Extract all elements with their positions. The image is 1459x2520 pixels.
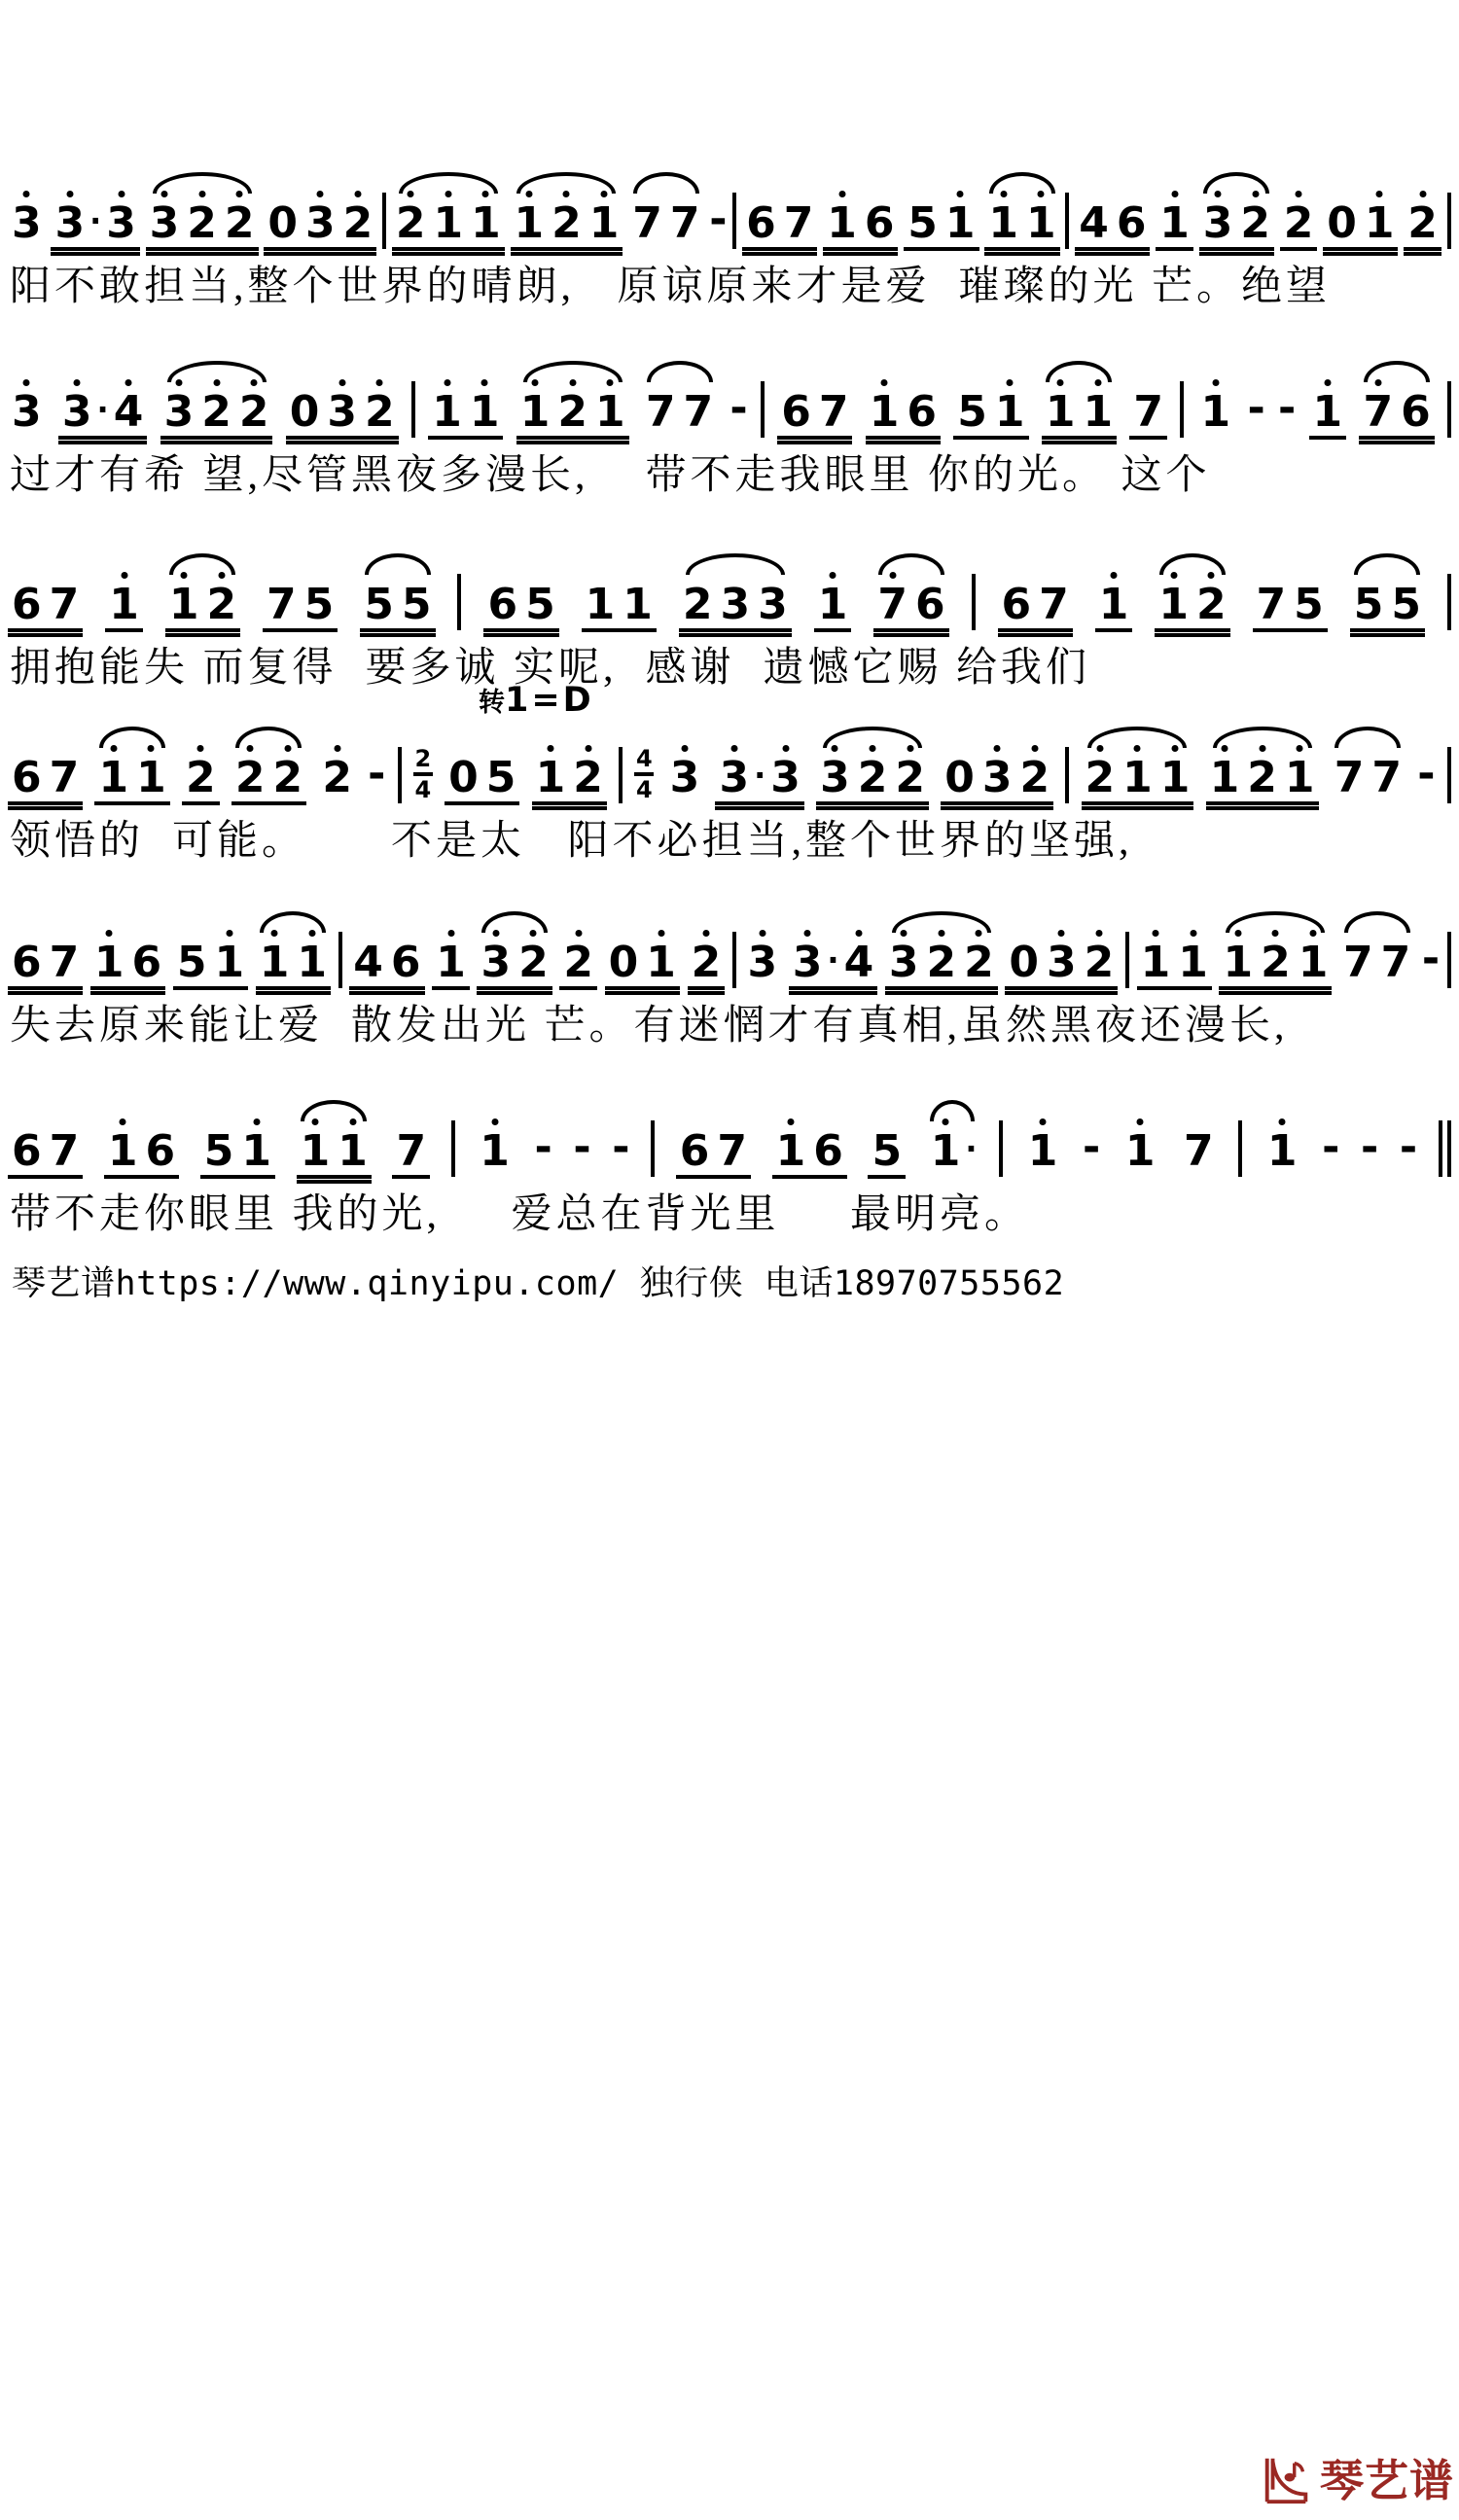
octave-dot — [1137, 1118, 1144, 1125]
note-char: 2 — [548, 202, 586, 245]
note-group: 51 — [953, 391, 1028, 440]
note-group: 121 — [1206, 757, 1319, 805]
note-group: 12 — [1155, 584, 1229, 632]
note-group: 3·4 — [58, 391, 147, 440]
note-group: 51 — [904, 202, 979, 251]
slur-tie-arc — [481, 911, 548, 933]
note-char: 1 — [532, 757, 570, 799]
note-group: 7 — [392, 1130, 430, 1179]
octave-dot — [601, 191, 608, 197]
note-group: 67 — [8, 1130, 83, 1179]
note-char: 2 — [559, 941, 597, 984]
note-group: 3·3 — [715, 757, 803, 805]
note-group: 1 — [1095, 584, 1133, 632]
octave-dot — [491, 1118, 498, 1125]
octave-dot — [213, 379, 220, 386]
note-char: 7 — [46, 1130, 84, 1173]
octave-dot — [907, 745, 913, 752]
slur-tie-arc — [1046, 361, 1112, 382]
note-char: 1 — [165, 584, 203, 626]
note-group: 2 — [318, 757, 356, 805]
note-char: 1 — [105, 584, 143, 626]
note-char: 1 — [1309, 391, 1347, 434]
note-char: 7 — [1129, 391, 1167, 434]
note-char: 2 — [231, 757, 269, 799]
slur-tie-arc — [1354, 553, 1420, 575]
note-char: 1 — [984, 202, 1022, 245]
octave-dot — [23, 379, 30, 386]
barline — [1447, 747, 1451, 803]
note-char: 6 — [676, 1130, 714, 1173]
octave-dot — [838, 191, 845, 197]
note-group: 67 — [676, 1130, 751, 1179]
note-group: 67 — [8, 941, 83, 990]
note-char: 6 — [1397, 391, 1435, 434]
note-char: 7 — [780, 202, 818, 245]
barline — [1180, 381, 1184, 438]
note-group: 51 — [173, 941, 248, 990]
lyrics-row: 过才有希 望,尽管黑夜多漫长, 带不走我眼里 你的光。 这个 — [0, 453, 1459, 498]
note-char: 3 — [102, 202, 140, 245]
final-barline — [1439, 1120, 1451, 1177]
note-char: 1 — [1295, 941, 1333, 984]
note-group: 01 — [1323, 202, 1398, 251]
note-char: 7 — [628, 202, 666, 245]
note-char: 7 — [815, 391, 853, 434]
note-group: 322 — [146, 202, 259, 251]
note-char: 2 — [1280, 202, 1318, 245]
qinyipu-logo: 琴艺谱 — [1259, 2451, 1454, 2509]
note-group: 75 — [1253, 584, 1328, 632]
note-char: 7 — [1377, 941, 1415, 984]
slur-tie-arc — [169, 553, 235, 575]
notes-row: 6716511171---671651·1-171--- — [0, 1085, 1459, 1179]
note-char: 1 — [293, 941, 331, 984]
octave-dot — [976, 930, 982, 937]
octave-dot — [66, 191, 73, 197]
octave-dot — [376, 379, 383, 386]
note-group: 032 — [941, 757, 1053, 805]
note-group: 3 — [666, 757, 704, 805]
note-char: 3 — [323, 391, 361, 434]
octave-dot — [175, 379, 182, 386]
note-char: 5 — [173, 941, 211, 984]
note-char: 2 — [318, 757, 356, 799]
note-char: 5 — [1387, 584, 1425, 626]
note-char: 2 — [221, 202, 259, 245]
octave-dot — [1172, 745, 1179, 752]
note-char: 1 — [516, 391, 554, 434]
note-group: 11 — [1042, 391, 1117, 440]
note-char: 2 — [515, 941, 552, 984]
note-char: 6 — [8, 584, 46, 626]
octave-dot — [1259, 745, 1265, 752]
note-char: 2 — [1257, 941, 1295, 984]
slur-tie-arc — [260, 911, 326, 933]
note-char: 7 — [1331, 757, 1369, 799]
note-char: 1 — [1361, 202, 1399, 245]
note-char: 2 — [197, 391, 235, 434]
note-char: 5 — [360, 584, 398, 626]
note-group: 1 — [105, 584, 143, 632]
octave-dot — [855, 930, 862, 937]
sheet-music-page: { "page": {"background": "#ffffff", "ink… — [0, 0, 1459, 2520]
barline — [1447, 381, 1451, 438]
octave-dot — [1038, 191, 1045, 197]
note-char: 3 — [717, 584, 755, 626]
note-char: 1 — [104, 1130, 142, 1173]
music-line-6: 6716511171---671651·1-171---带不走你眼里 我的光, … — [0, 1085, 1459, 1237]
note-group: 1 — [1121, 1130, 1159, 1179]
octave-dot — [481, 379, 488, 386]
note-char: 2 — [392, 202, 430, 245]
note-char: 3 — [51, 202, 89, 245]
note-char: 1 — [823, 202, 861, 245]
slur-tie-arc — [235, 727, 302, 748]
octave-dot — [1171, 191, 1178, 197]
octave-dot — [334, 745, 340, 752]
note-char: 3 — [789, 941, 827, 984]
note-group: 2 — [688, 941, 726, 990]
note-char: 3 — [477, 941, 515, 984]
octave-dot — [870, 745, 876, 752]
notes-row: 33·332203221112177-67165111461322012 — [0, 158, 1459, 251]
note-char: 1 — [927, 1130, 965, 1173]
octave-dot — [563, 191, 570, 197]
note-char: 1 — [256, 941, 294, 984]
note-char: 6 — [387, 941, 425, 984]
barline — [972, 574, 976, 630]
note-group: 67 — [777, 391, 852, 440]
note-char: 3 — [1199, 202, 1237, 245]
octave-dot — [492, 930, 499, 937]
note-char: 2 — [1404, 202, 1441, 245]
octave-dot — [444, 379, 450, 386]
note-char: 1 — [334, 1130, 372, 1173]
note-char: 1 — [1042, 391, 1080, 434]
note-group: 121 — [511, 202, 623, 251]
note-group: 322 — [885, 941, 998, 990]
note-char: 1 — [619, 584, 657, 626]
octave-dot — [547, 745, 553, 752]
octave-dot — [247, 745, 254, 752]
barline — [411, 381, 415, 438]
octave-dot — [1170, 572, 1177, 579]
note-group: 76 — [1359, 391, 1434, 440]
octave-dot — [525, 191, 532, 197]
dash-note: - — [368, 753, 385, 805]
note-group: 11 — [984, 202, 1059, 251]
barline — [1125, 932, 1129, 988]
barline — [382, 193, 386, 249]
note-group: 77 — [1331, 757, 1406, 805]
octave-dot — [1296, 191, 1302, 197]
note-char: 7 — [1359, 391, 1397, 434]
note-char: 1 — [94, 757, 132, 799]
note-char: 7 — [46, 941, 84, 984]
time-signature: 44 — [634, 747, 654, 801]
note-char: 1 — [132, 757, 170, 799]
octave-dot — [1376, 191, 1383, 197]
octave-dot — [1111, 572, 1118, 579]
note-char: 1 — [1197, 391, 1235, 434]
note-group: 32 — [1199, 202, 1274, 251]
note-char: 1 — [1155, 584, 1192, 626]
barline — [1447, 574, 1451, 630]
note-group: 11 — [428, 391, 503, 440]
note-char: 5 — [301, 584, 338, 626]
note-group: 22 — [231, 757, 306, 805]
note-group: 11 — [297, 1130, 372, 1179]
dash-note: - — [1247, 387, 1264, 440]
note-char: 1 — [1024, 1130, 1062, 1173]
note-char: 0 — [1005, 941, 1043, 984]
octave-dot — [148, 745, 155, 752]
dash-note: - — [612, 1126, 629, 1179]
slur-tie-arc — [1334, 727, 1401, 748]
barline — [338, 932, 342, 988]
note-group: 11 — [94, 757, 169, 805]
note-char: 7 — [873, 584, 911, 626]
key-change-value: 1=D — [505, 681, 594, 720]
note-group: 1 — [1197, 391, 1235, 440]
slur-tie-arc — [1203, 172, 1269, 194]
note-group: 55 — [360, 584, 435, 632]
octave-dot — [607, 379, 614, 386]
note-group: 211 — [1082, 757, 1194, 805]
note-char: 0 — [605, 941, 643, 984]
note-group: 1 — [814, 584, 852, 632]
octave-dot — [1279, 1118, 1286, 1125]
note-char: 1 — [1219, 941, 1257, 984]
barline — [1447, 193, 1451, 249]
octave-dot — [702, 930, 709, 937]
note-char: 5 — [521, 584, 559, 626]
note-char: 2 — [1081, 941, 1119, 984]
octave-dot — [284, 745, 291, 752]
note-group: 1· — [927, 1130, 979, 1179]
note-char: 3 — [715, 757, 753, 799]
barline — [1238, 1120, 1242, 1177]
octave-dot — [1310, 930, 1317, 937]
note-group: 7 — [1129, 391, 1167, 440]
note-char: 1 — [991, 391, 1029, 434]
note-char: 1 — [511, 202, 549, 245]
octave-dot — [889, 572, 896, 579]
octave-dot — [482, 191, 489, 197]
note-group: 1 — [1156, 202, 1193, 251]
octave-dot — [994, 745, 1001, 752]
dash-note: - — [535, 1126, 552, 1179]
note-char: 3 — [766, 757, 804, 799]
note-char: 2 — [854, 757, 892, 799]
note-group: 121 — [1219, 941, 1332, 990]
note-char: 6 — [998, 584, 1036, 626]
note-char: 2 — [688, 941, 726, 984]
note-char: 2 — [1236, 202, 1274, 245]
octave-dot — [1324, 379, 1331, 386]
note-char: 2 — [922, 941, 960, 984]
octave-dot — [447, 930, 454, 937]
barline — [1447, 932, 1451, 988]
lyrics-row: 带不走你眼里 我的光, 爱总在背光里 最明亮。 — [0, 1192, 1459, 1237]
note-char: 6 — [777, 391, 815, 434]
note-char: 1 — [591, 391, 629, 434]
octave-dot — [938, 930, 944, 937]
note-char: 2 — [1015, 757, 1053, 799]
note-char: 7 — [263, 584, 301, 626]
dash-note: - — [1278, 387, 1296, 440]
note-char: 2 — [339, 202, 377, 245]
octave-dot — [1058, 930, 1065, 937]
note-char: 1 — [1206, 757, 1244, 799]
dash-note: - — [573, 1126, 590, 1179]
note-group: 46 — [349, 941, 424, 990]
octave-dot — [1252, 191, 1259, 197]
note-char: 7 — [666, 202, 704, 245]
note-group: 11 — [1137, 941, 1212, 990]
music-line-3: 6711275556511233176671127555拥抱能失 而复得 要多诚… — [0, 539, 1459, 691]
octave-dot — [181, 572, 188, 579]
note-char: 1 — [476, 1130, 514, 1173]
octave-dot — [1212, 379, 1219, 386]
note-char: 3 — [302, 202, 339, 245]
note-char: 1 — [582, 584, 620, 626]
note-group: 11 — [582, 584, 657, 632]
octave-dot — [901, 930, 907, 937]
note-char: 1 — [210, 941, 248, 984]
note-group: 16 — [772, 1130, 847, 1179]
note-group: 032 — [286, 391, 399, 440]
note-char: 0 — [445, 757, 482, 799]
barline — [761, 381, 765, 438]
octave-dot — [251, 379, 258, 386]
note-group: 16 — [823, 202, 898, 251]
octave-dot — [1374, 379, 1381, 386]
dash-note: - — [1322, 1126, 1339, 1179]
time-signature-numerator: 2 — [415, 747, 432, 770]
note-char: 2 — [553, 391, 591, 434]
note-char: 1 — [428, 391, 466, 434]
note-char: 2 — [235, 391, 273, 434]
note-group: 16 — [90, 941, 165, 990]
octave-dot — [408, 191, 414, 197]
augmentation-dot: · — [826, 944, 839, 976]
dash-note: - — [709, 198, 727, 251]
time-signature-numerator: 4 — [636, 747, 653, 770]
note-group: 032 — [264, 202, 376, 251]
note-char: 1 — [297, 1130, 335, 1173]
slur-tie-arc — [989, 172, 1055, 194]
note-group: 211 — [392, 202, 505, 251]
octave-dot — [957, 191, 964, 197]
note-char: 2 — [183, 202, 221, 245]
note-char: 1 — [1079, 391, 1117, 434]
note-char: 1 — [467, 202, 505, 245]
key-change-prefix: 转 — [479, 688, 505, 717]
note-char: 1 — [1281, 757, 1319, 799]
note-char: 1 — [1137, 941, 1175, 984]
note-char: 1 — [642, 941, 680, 984]
note-char: 5 — [904, 202, 942, 245]
note-char: 1 — [429, 202, 467, 245]
note-char: 1 — [1157, 757, 1194, 799]
octave-dot — [236, 191, 243, 197]
note-group: 16 — [104, 1130, 179, 1179]
note-char: 6 — [141, 1130, 179, 1173]
notes-row: 6716511146132201233·43220321112177- — [0, 897, 1459, 990]
octave-dot — [308, 930, 315, 937]
octave-dot — [532, 379, 539, 386]
lyrics-row: 领悟的 可能。 不是太 阳不必担当,整个世界的坚强, — [0, 819, 1459, 864]
octave-dot — [198, 191, 205, 197]
note-char: 5 — [953, 391, 991, 434]
note-char: 3 — [58, 391, 96, 434]
note-group: 5 — [868, 1130, 906, 1179]
note-char: 3 — [816, 757, 854, 799]
note-char: 3 — [8, 202, 46, 245]
octave-dot — [1272, 930, 1279, 937]
note-group: 55 — [1350, 584, 1425, 632]
note-char: 6 — [903, 391, 941, 434]
octave-dot — [943, 1118, 949, 1125]
note-char: 2 — [891, 757, 929, 799]
note-group: 233 — [679, 584, 792, 632]
note-char: 1 — [814, 584, 852, 626]
octave-dot — [118, 191, 125, 197]
octave-dot — [271, 930, 278, 937]
dash-note: - — [1417, 753, 1435, 805]
note-char: 1 — [237, 1130, 275, 1173]
note-group: 2 — [559, 941, 597, 990]
note-group: 77 — [628, 202, 703, 251]
note-group: 322 — [160, 391, 273, 440]
notes-row: 33·43220321112177-6716511171--176 — [0, 346, 1459, 440]
notes-row: 67112222-2405124433·332203221112177- — [0, 712, 1459, 805]
note-char: 3 — [666, 757, 704, 799]
lyrics-row: 阳不敢担当,整个世界的晴朗, 原谅原来才是爱 璀璨的光 芒。绝望 — [0, 265, 1459, 309]
slur-tie-arc — [99, 727, 165, 748]
note-char: 4 — [110, 391, 148, 434]
note-char: 2 — [1192, 584, 1230, 626]
note-char: 7 — [1368, 757, 1406, 799]
note-group: 3·4 — [789, 941, 877, 990]
octave-dot — [1040, 1118, 1047, 1125]
slur-tie-arc — [1364, 361, 1430, 382]
note-char: 3 — [1043, 941, 1081, 984]
octave-dot — [804, 930, 811, 937]
note-char: 1 — [866, 391, 904, 434]
octave-dot — [782, 745, 789, 752]
barline — [619, 747, 623, 803]
lyrics-row: 失去原来能让爱 散发出光 芒。有迷惘才有真相,虽然黑夜还漫长, — [0, 1004, 1459, 1048]
note-group: 05 — [445, 757, 519, 805]
octave-dot — [681, 745, 688, 752]
note-group: 51 — [200, 1130, 275, 1179]
octave-dot — [1190, 930, 1196, 937]
octave-dot — [197, 745, 204, 752]
octave-dot — [881, 379, 888, 386]
note-char: 5 — [868, 1130, 906, 1173]
note-char: 2 — [182, 757, 220, 799]
octave-dot — [110, 745, 117, 752]
lyrics-row: 拥抱能失 而复得 要多诚 实呢, 感谢 遗憾它赐 给我们 — [0, 646, 1459, 691]
note-group: 7 — [1180, 1130, 1218, 1179]
note-group: 121 — [516, 391, 629, 440]
augmentation-dot: · — [96, 394, 110, 425]
barline — [999, 1120, 1003, 1177]
note-group: 16 — [866, 391, 941, 440]
